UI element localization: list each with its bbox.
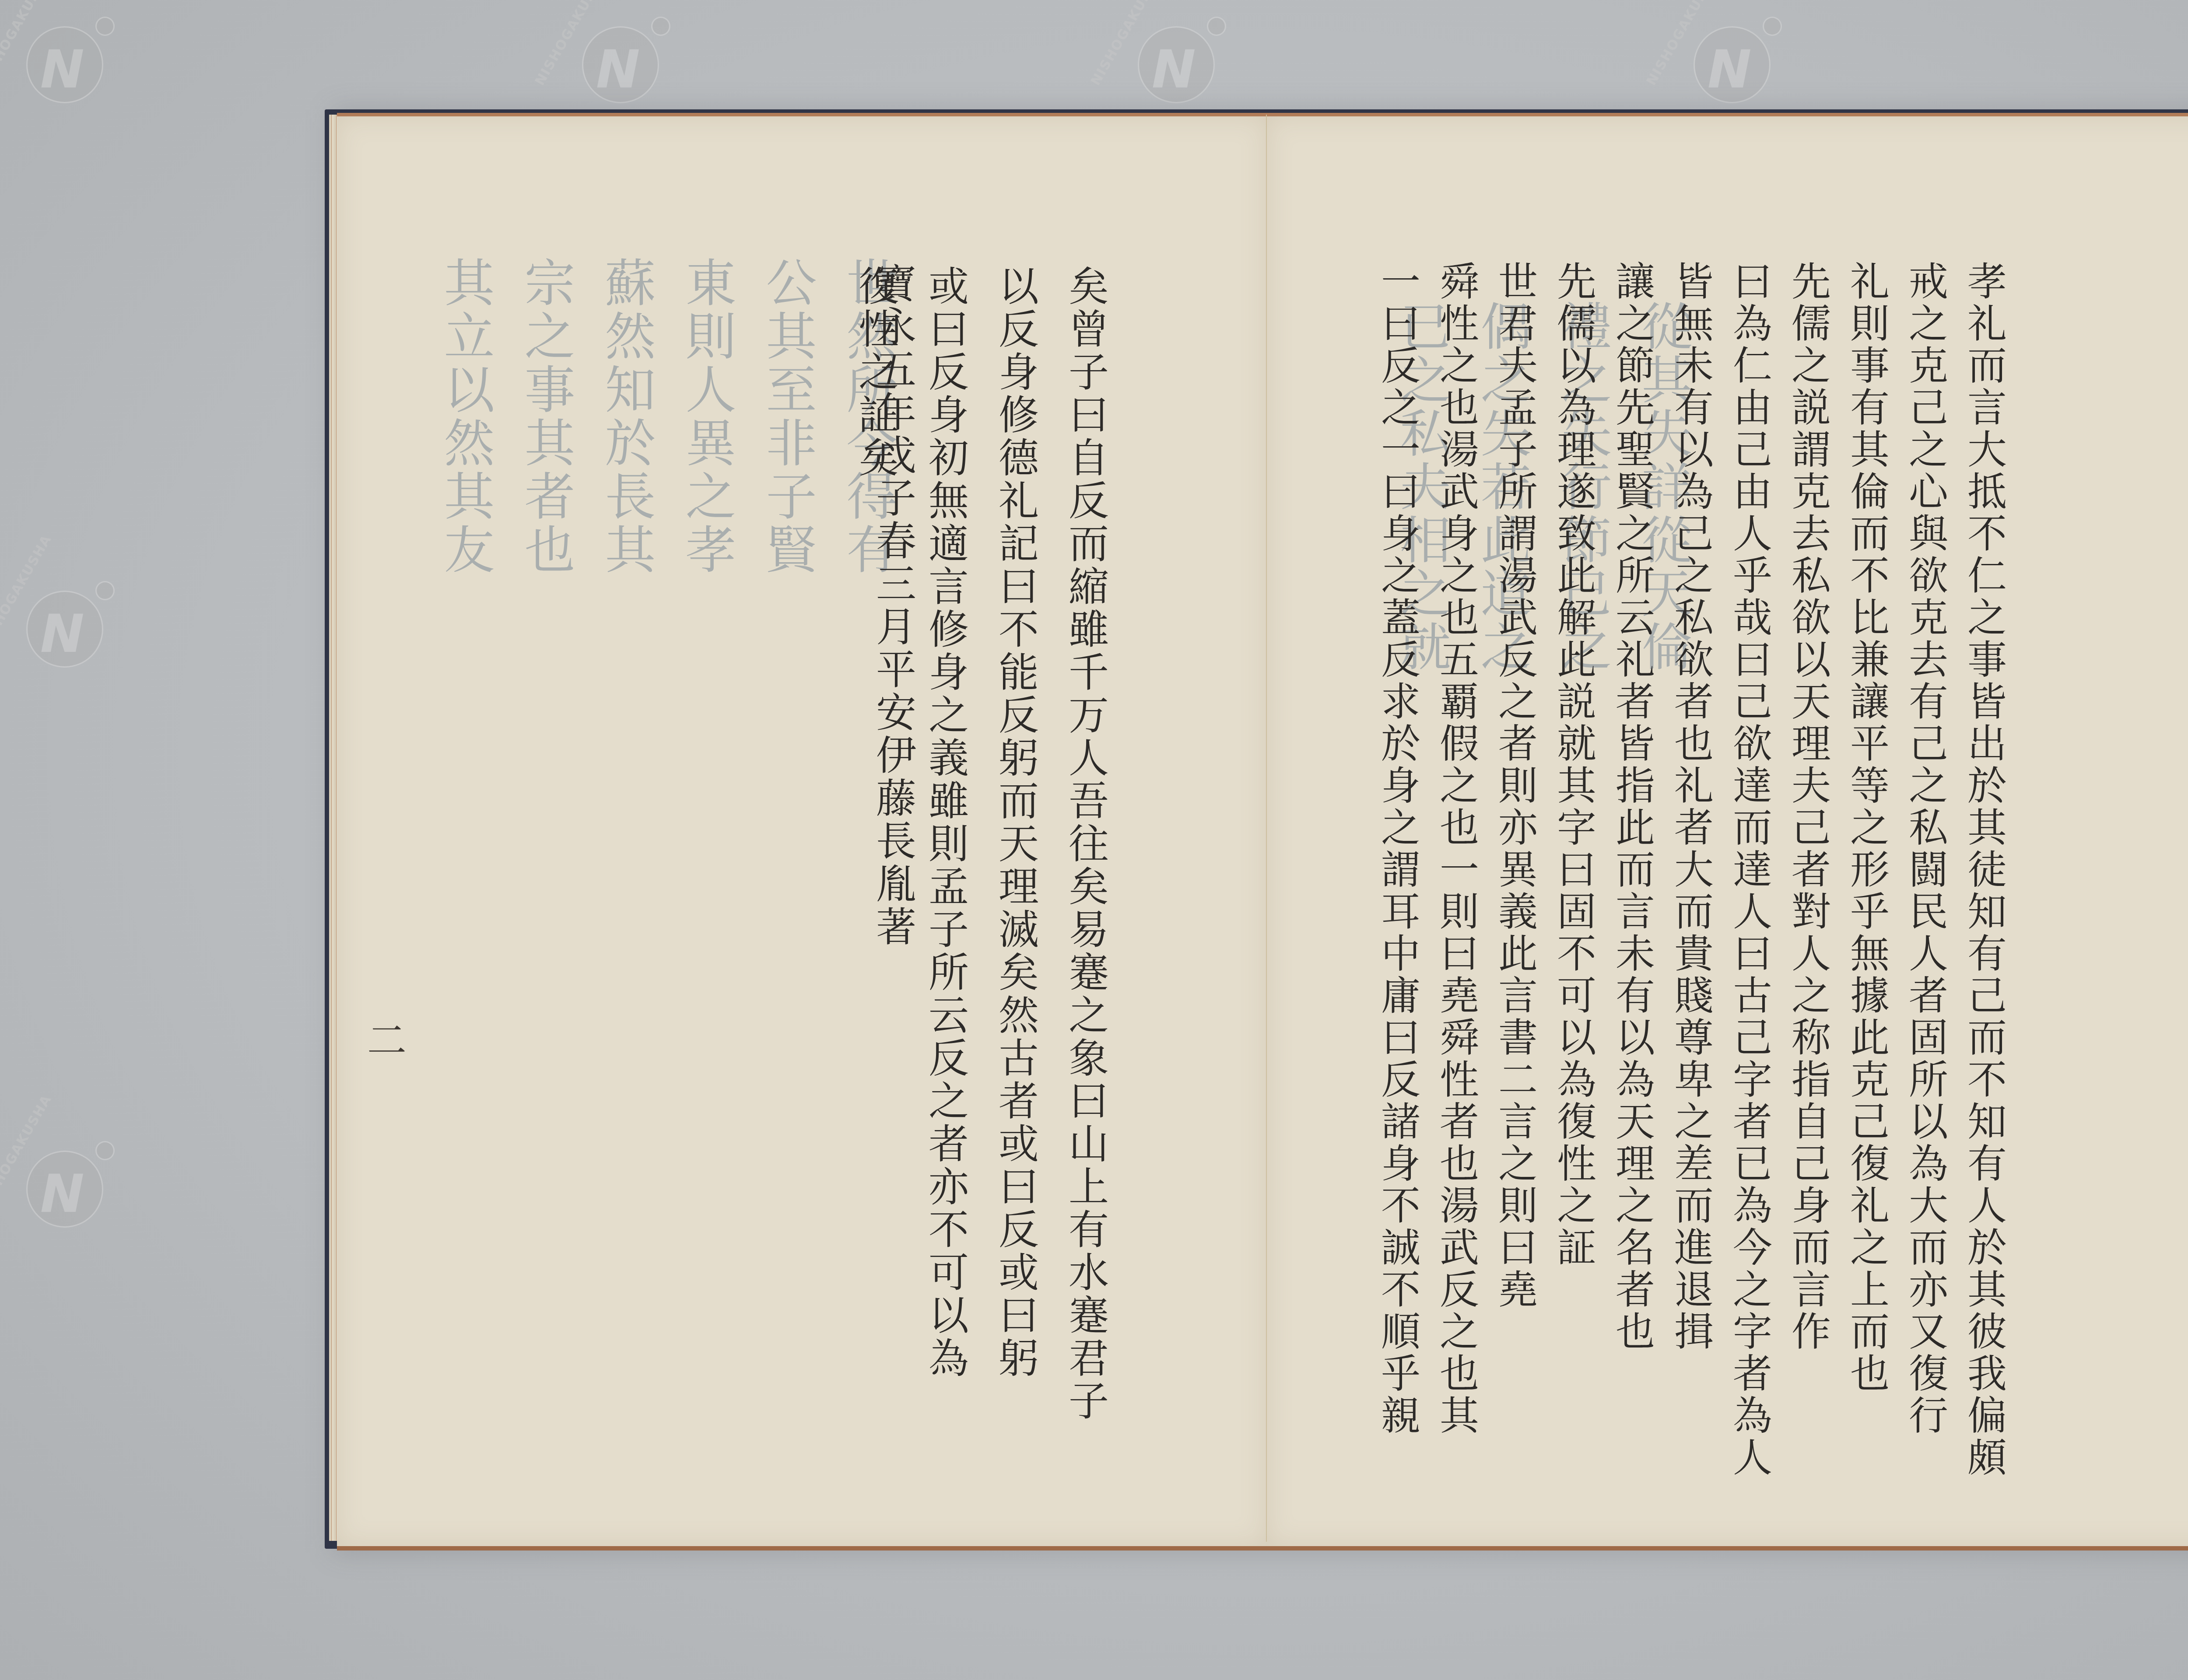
text-column: 以反身修德礼記曰不能反躬而天理滅矣然古者或曰反或曰躬	[995, 265, 1035, 1423]
ghost-column: 蘇然知於長其	[600, 256, 651, 577]
ghost-column: 宗之事其者也	[520, 256, 571, 577]
page-number-mark: 二	[354, 1019, 411, 1059]
ghost-column: 其立以然其友	[439, 256, 490, 577]
left-page: 世然所今得有 公其至非子賢 東則人異之孝 蘇然知於長其 宗之事其者也 其立以然其…	[337, 113, 1267, 1550]
ghost-column: 東則人異之孝	[681, 256, 732, 577]
colophon: 寶永五年戊子春三月平安伊藤長胤著	[858, 262, 928, 948]
text-column: 世君夫孟子所謂湯武反之者則亦異義此言書二言之則曰堯	[1494, 261, 1534, 1479]
right-page: 從其失詳從天倫 禮之失行節已之 偶之失若此道之 已之私夫相之就 孝礼而言大抵不仁…	[1267, 113, 2188, 1550]
text-column: 孝礼而言大抵不仁之事皆出於其徒知有己而不知有人於其彼我偏頗	[1964, 261, 2003, 1479]
text-column: 一曰反之一曰身之蓋反求於身之謂耳中庸曰反諸身不誠不順乎親	[1377, 261, 1417, 1479]
text-column: 戒之克己之心與欲克去有己之私闘民人者固所以為大而亦又復行	[1905, 261, 1944, 1479]
text-column: 矣曾子曰自反而縮雖千万人吾往矣易蹇之象曰山上有水蹇君子	[1065, 265, 1105, 1423]
text-column: 曰為仁由己由人乎哉曰己欲達而達人曰古己字者已為今之字者為人	[1729, 261, 1768, 1479]
text-column: 先儒以為理遂致此解此説就其字曰固不可以為復性之証	[1553, 261, 1592, 1479]
right-page-text: 孝礼而言大抵不仁之事皆出於其徒知有己而不知有人於其彼我偏頗 戒之克己之心與欲克去…	[1367, 261, 2013, 1479]
ghost-column: 公其至非子賢	[761, 256, 812, 577]
text-column: 舜性之也湯武身之也五覇假之也一則曰堯舜性者也湯武反之也其	[1436, 261, 1475, 1479]
text-column: 先儒之説謂克去私欲以天理夫己者對人之称指自己身而言作	[1788, 261, 1827, 1479]
text-column: 讓之節先聖賢之所云礼者皆指此而言未有以為天理之名者也	[1612, 261, 1651, 1479]
text-column: 或曰反身初無適言修身之義雖則孟子所云反之者亦不可以為	[925, 265, 965, 1423]
text-column: 皆無未有以為己之私欲者也礼者大而貴賤尊卑之差而進退揖	[1670, 261, 1710, 1479]
colophon-date-author: 寶永五年戊子春三月平安伊藤長胤著	[873, 262, 913, 948]
left-page-bleed-through: 世然所今得有 公其至非子賢 東則人異之孝 蘇然知於長其 宗之事其者也 其立以然其…	[424, 256, 908, 577]
text-column: 礼則事有其倫而不比兼讓平等之形乎無據此克己復礼之上而也	[1846, 261, 1886, 1479]
